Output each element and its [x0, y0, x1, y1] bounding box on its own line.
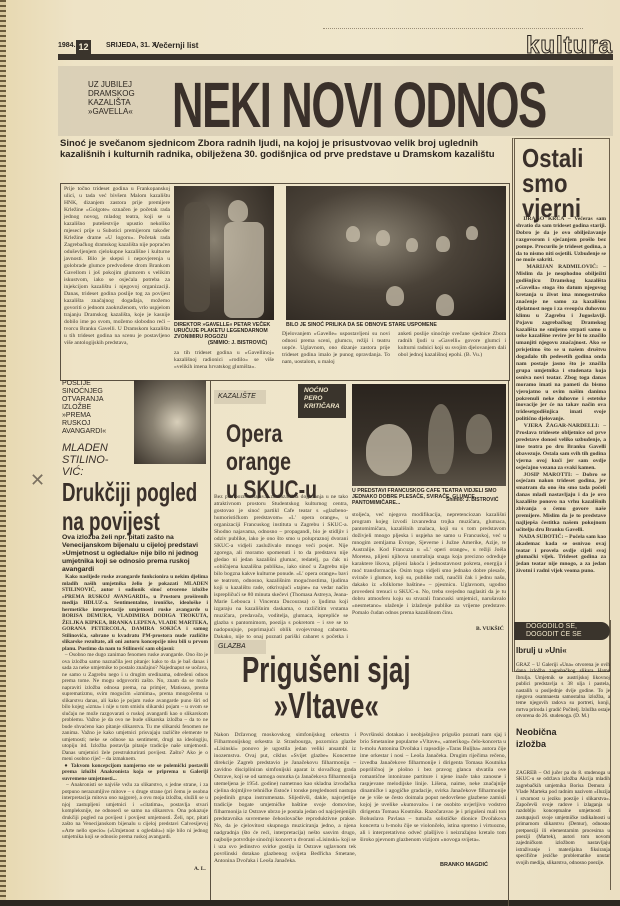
interview-entry: MARIJAN RADMILOVIĆ: – Mislim da je neoph… — [516, 264, 606, 423]
photo-vecek-rogoz — [174, 186, 274, 320]
interview-entry: JOSIP MAROTTI: – Dobro se osjećam nakon … — [516, 472, 606, 534]
page-number-badge: 12 — [76, 40, 91, 55]
newspaper-page: 1984. 12 SRIJEDA, 31. X Večernji list ku… — [0, 0, 620, 906]
main-article-column-3: Djelovanjem »Gavelle« uspostavljeni su n… — [282, 331, 390, 366]
stilinovic-lead: Ova izložba želi npr. pitati zašto na Ve… — [62, 534, 208, 574]
stilinovic-kicker: POSLIJE SINOĆNJEG OTVARANJA IZLOŽBE »PRE… — [62, 380, 106, 436]
opera-headline: Opera orange u SKUC-u — [226, 420, 317, 504]
masthead-rule — [58, 54, 613, 60]
main-kicker: UZ JUBILEJ DRAMSKOG KAZALIŠTA »GAVELLA« — [88, 80, 135, 116]
events-badge: DOGODILO SE, DOGODIT ĆE SE — [514, 622, 610, 640]
column-rule — [210, 380, 211, 900]
vltava-column-1: Nakon Državnog moskovskog simfonijskog o… — [214, 732, 356, 865]
stilinovic-body: Kako naslijeđe ruske avangarde funkcioni… — [62, 574, 208, 841]
masthead-decoration — [323, 28, 583, 30]
column-rule — [508, 380, 509, 906]
page-edge-left — [0, 0, 6, 906]
event-headline: Ibrulj u »Uni« — [516, 646, 567, 655]
sidebar-headline: Ostali smo vjerni — [522, 146, 583, 221]
photo1-credit: (SNIMIO: J. BISTROVIĆ) — [208, 340, 267, 346]
interview-entry: DRAGO KRČA – Večeras sam shvatio da sam … — [516, 216, 606, 264]
photo2-caption: BILO JE SINOĆ PRILIKA DA SE OBNOVE STARE… — [286, 322, 506, 328]
interview-entry: NADA SUBOTIĆ: – Počela sam kao akademac … — [516, 534, 606, 575]
main-article-column-4: anketi poslije sinoćnje svečane sjednice… — [398, 331, 506, 359]
main-lead: Sinoć je svečanom sjednicom Zbora radnih… — [60, 138, 500, 160]
event-text: ZAGREB – Od jučer pa do 8. studenoga u S… — [516, 770, 610, 866]
masthead: 1984. 12 SRIJEDA, 31. X Večernji list ku… — [58, 34, 613, 62]
interviewee-name: MLADEN STILINO- VIĆ: — [62, 442, 108, 478]
author-signature: B. VUKŠIĆ — [476, 626, 504, 632]
masthead-date: SRIJEDA, 31. X — [106, 42, 157, 49]
masthead-year: 1984. — [58, 42, 76, 49]
opera-photo-credit: Snimio: J. BISTROVIĆ — [446, 497, 499, 503]
column-rule — [610, 620, 611, 890]
event-headline: Neobična izložba — [516, 726, 586, 750]
main-article-column-2: za tih trideset godina u »Gavellinoj« ka… — [174, 350, 274, 371]
opera-column-1: Bez pompoznih najava, za kazališna događ… — [214, 494, 348, 648]
interview-entry: VJERA ŽAGAR-NARDELLI: – Proslava tridese… — [516, 423, 606, 471]
opera-column-2: stoljeća, već njegova modifikacija, nepr… — [352, 512, 506, 617]
sidebar-interviews: DRAGO KRČA – Večeras sam shvatio da sam … — [516, 216, 606, 575]
main-headline: NEKI NOVI ODNOS — [172, 73, 546, 137]
newspaper-title: Večernji list — [154, 41, 198, 50]
author-signature: A. L. — [194, 866, 206, 872]
critic-badge: NOĆNO PERO KRITIČARA — [298, 384, 346, 418]
photo-stilinovic — [134, 380, 206, 464]
stilinovic-headline: Drukčiji pogled na povijest — [62, 478, 197, 536]
page-edge-bottom — [0, 900, 620, 906]
pen-mark: ✕ — [30, 470, 45, 491]
event-text: GRAZ – U Galeriji »Una« otvorena je ovih… — [516, 662, 610, 720]
section-label-kazaliste: KAZALIŠTE — [214, 390, 266, 404]
author-signature: BRANKO MAGDIĆ — [440, 862, 488, 868]
vltava-column-2: Površinski dotakao i neobjašnjivo priguš… — [360, 732, 506, 844]
photo-cafe-teatar — [352, 384, 506, 486]
photo-audience — [286, 186, 506, 320]
photo1-caption: DIREKTOR »GAVELLE« PETAR VEČEK URUČUJE P… — [174, 322, 274, 341]
main-article-column-1: Prije točno trideset godina u Frankopans… — [64, 186, 170, 347]
vltava-headline: Prigušeni sjaj »Vltave« — [242, 652, 411, 724]
